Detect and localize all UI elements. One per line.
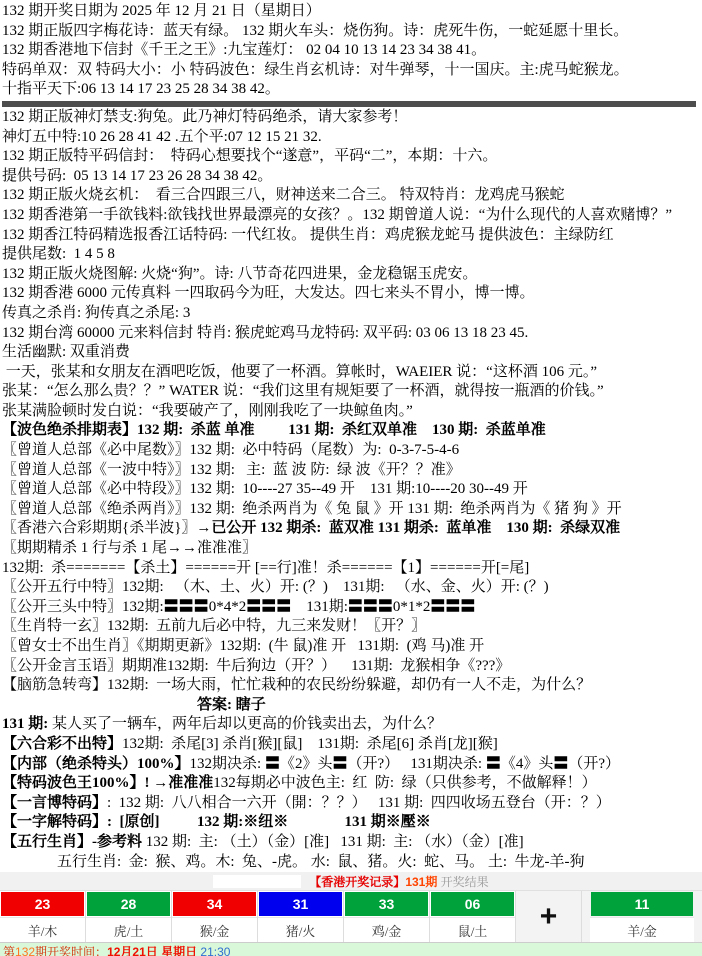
text-line: 生活幽默: 双重消费: [2, 343, 702, 363]
text-line: 〖公开三头中特〗132期:〓〓〓0*4*2〓〓〓 131期:〓〓〓0*1*2〓〓…: [2, 598, 702, 618]
divider-bar: [2, 101, 696, 107]
text-segment: 《4》头: [501, 756, 554, 772]
text-segment: 十指平天下:06 13 14 17 23 25 28 34 38 42。: [2, 81, 280, 97]
text-segment: 〓: [265, 756, 280, 772]
text-segment: 131 期:: [2, 716, 52, 732]
text-line: 〖曾道人总部《必中特段》〗132 期: 10----27 35--49 开 13…: [2, 480, 702, 500]
text-segment: 132 期台湾 60000 元来料信封 特肖: 猴虎蛇鸡马龙特码: 双平码: 0…: [2, 325, 528, 341]
text-line: 〖曾道人总部《一波中特》〗132 期: 主: 蓝 波 防: 绿 波《开？？准》: [2, 461, 702, 481]
text-segment: 132期决杀:: [190, 756, 265, 772]
results-header-segment: 开奖结果: [437, 875, 488, 889]
text-segment: 0*1*2: [393, 599, 431, 615]
result-number: 34: [173, 892, 256, 916]
results-header-text: 【香港开奖记录】131期 开奖结果: [309, 873, 488, 890]
text-line: 〖期期精杀 1 行与杀 1 尾→→准准准〗: [2, 539, 702, 559]
result-number: 28: [87, 892, 170, 916]
result-number: 06: [431, 892, 514, 916]
result-zodiac-element: 虎/土: [86, 917, 171, 942]
text-segment: 132期: 杀=======【杀土】======开 [==行]准！杀======…: [2, 560, 529, 576]
result-zodiac-element: 猪/火: [258, 917, 343, 942]
text-segment: 132 期正版四字梅花诗：蓝天有绿。 132 期火车头：烧伤狗。诗：虎死牛伤，一…: [2, 23, 628, 39]
text-segment: 132期: 杀尾[3] 杀肖[猴][鼠] 131期: 杀尾[6] 杀肖[龙][猴…: [122, 736, 498, 752]
text-segment: 《2》头: [280, 756, 333, 772]
results-header: 【香港开奖记录】131期 开奖结果: [0, 872, 702, 890]
text-segment: 【五行生肖】-参考料: [2, 834, 146, 850]
result-zodiac-element: 羊/金: [590, 917, 694, 942]
result-zodiac-element: 猴/金: [172, 917, 257, 942]
text-segment: 〓: [553, 756, 568, 772]
text-line: 〖曾女士不出生肖〗《期期更新》132期: (牛 鼠)准 开 131期: (鸡 马…: [2, 637, 702, 657]
text-segment: 132 期香港地下信封《千王之王》:九宝莲灯： 02 04 10 13 14 2…: [2, 42, 486, 58]
result-number: 33: [345, 892, 428, 916]
text-segment: 特码单双：双 特码大小：小 特码波色：绿生肖玄机诗：对牛弹琴，十一国庆。主:虎马…: [2, 62, 629, 78]
text-segment: 132 期正版火烧玄机： 看三合四跟三八，财神送来二合三。 特双特肖：龙鸡虎马猴…: [2, 187, 565, 203]
lottery-results-panel: 【香港开奖记录】131期 开奖结果 23羊/木28虎/土34猴/金31猪/火33…: [0, 872, 702, 956]
text-line: 【内部（绝杀特头）100%】132期决杀: 〓《2》头〓（开?） 131期决杀:…: [2, 755, 702, 775]
text-segment: 传真之杀肖: 狗传真之杀尾: 3: [2, 305, 190, 321]
text-segment: 答案: 瞎子: [197, 697, 266, 713]
results-header-segment: 【香港开奖记录】: [309, 875, 405, 889]
text-line: 特码单双：双 特码大小：小 特码波色：绿生肖玄机诗：对牛弹琴，十一国庆。主:虎马…: [2, 61, 702, 81]
text-segment: 张某满脸顿时发白说：“我要破产了，刚刚我吃了一块鲸鱼肉。”: [2, 403, 413, 419]
text-line: 提供尾数: 1 4 5 8: [2, 245, 702, 265]
text-line: 132 期正版特平码信封： 特码心想要找个“遂意”，平码“二”，本期：十六。: [2, 147, 702, 167]
text-line: 132 期香港 6000 元传真料 一四取码今为旺，大发达。四七来头不胃小，博一…: [2, 284, 702, 304]
text-segment: 0*4*2: [209, 599, 247, 615]
plus-sign: +: [516, 891, 582, 942]
text-segment: 〓: [332, 756, 347, 772]
next-draw-segment: 21:30: [197, 945, 230, 956]
text-segment: 〓〓〓: [164, 599, 209, 615]
text-segment: 已公开 132 期杀: 蓝双准 131 期杀: 蓝单准 130 期: 杀绿双准: [211, 520, 620, 536]
lottery-tip-sheet: 132 期开奖日期为 2025 年 12 月 21 日（星期日）132 期正版四…: [0, 0, 702, 956]
result-number: 23: [1, 892, 84, 916]
text-line: 〖香港六合彩期期{杀半波}〗→已公开 132 期杀: 蓝双准 131 期杀: 蓝…: [2, 519, 702, 539]
text-segment: 132 期香港第一手欲钱料:欲钱找世界最漂亮的女孩？。132 期曾道人说：“为什…: [2, 207, 672, 223]
text-line: 〖公开五行中特〗132期: （木、土、火）开: (？) 131期: （水、金、火…: [2, 578, 702, 598]
next-draw-info: 第132期开奖时间：12月21日 星期日 21:30: [0, 943, 702, 956]
text-line: 张某满脸顿时发白说：“我要破产了，刚刚我吃了一块鲸鱼肉。”: [2, 402, 702, 422]
text-segment: （开?）: [568, 756, 620, 772]
text-segment: 〖公开五行中特〗132期: （木、土、火）开: (？) 131期: （水、金、火…: [2, 579, 549, 595]
text-segment: 〖曾道人总部《绝杀两肖》〗132 期: 绝杀两肖为《 兔 鼠 》开 131 期:…: [2, 501, 622, 517]
text-segment: 【一字解特码】: [原创] 132 期:※纽※ 131 期※壓※: [2, 814, 431, 830]
text-segment: 提供尾数: 1 4 5 8: [2, 246, 115, 262]
text-segment: 132 期香港 6000 元传真料 一四取码今为旺，大发达。四七来头不胃小，博一…: [2, 285, 535, 301]
text-segment: 〖曾女士不出生肖〗《期期更新》132期: (牛 鼠)准 开 131期: (鸡 马…: [2, 638, 484, 654]
text-line: 五行生肖: 金: 猴、鸡。木: 兔、-虎。 水: 鼠、猪。火: 蛇、马。 土: …: [2, 853, 702, 873]
text-line: 132 期香港第一手欲钱料:欲钱找世界最漂亮的女孩？。132 期曾道人说：“为什…: [2, 206, 702, 226]
text-line: 〖生肖特一玄〗132期: 五前九后必中特，九三来发财！〖开？〗: [2, 617, 702, 637]
text-segment: 〓〓〓: [246, 599, 291, 615]
result-zodiac-element: 鸡/金: [344, 917, 429, 942]
text-segment: 【波色绝杀排期表】132 期: 杀蓝 单准 131 期: 杀红双单准 130 期…: [2, 422, 546, 438]
next-draw-segment: 132: [15, 945, 35, 956]
text-line: 【一言博特码】: 132 期: 八八相合一六开（開：？？） 131 期: 四四收…: [2, 794, 702, 814]
text-line: 132 期正版四字梅花诗：蓝天有绿。 132 期火车头：烧伤狗。诗：虎死牛伤，一…: [2, 22, 702, 42]
text-line: 神灯五中特:10 26 28 41 42 .五个平:07 12 15 21 32…: [2, 128, 702, 148]
text-segment: : 132 期: 八八相合一六开（開：？？） 131 期: 四四收场五登台（开：…: [107, 795, 611, 811]
text-segment: 132 期正版特平码信封： 特码心想要找个“遂意”，平码“二”，本期：十六。: [2, 148, 497, 164]
text-segment: 某人买了一辆车，两年后却以更高的价钱卖出去，为什么？: [52, 716, 442, 732]
text-segment: 提供号码: 05 13 14 17 23 26 28 34 38 42。: [2, 168, 272, 184]
text-segment: 132 期: 主: （土）（金）[准] 131 期: 主: （水）（金）[准]: [146, 834, 524, 850]
text-segment: 〓〓〓: [430, 599, 475, 615]
text-segment: 〖公开三头中特〗132期:: [2, 599, 164, 615]
text-line: 【波色绝杀排期表】132 期: 杀蓝 单准 131 期: 杀红双单准 130 期…: [2, 421, 702, 441]
result-zodiac-element: 鼠/土: [430, 917, 515, 942]
text-line: 【特码波色王100%】! →准准准132每期必中波色主: 红 防: 绿（只供参考…: [2, 774, 702, 794]
result-zodiac-element: 羊/木: [0, 917, 85, 942]
text-segment: 〖曾道人总部《一波中特》〗132 期: 主: 蓝 波 防: 绿 波《开？？准》: [2, 462, 461, 478]
text-segment: 神灯五中特:10 26 28 41 42 .五个平:07 12 15 21 32…: [2, 129, 322, 145]
text-segment: 132 期正版神灯禁支:狗兔。此乃神灯特码绝杀，请大家参考！: [2, 109, 407, 125]
text-line: 132期: 杀=======【杀土】======开 [==行]准！杀======…: [2, 559, 702, 579]
text-segment: 张某：“怎么那么贵？？” WATER 说：“我们这里有规矩要了一杯酒，就得按一瓶…: [2, 383, 604, 399]
results-table: 23羊/木28虎/土34猴/金31猪/火33鸡/金06鼠/土+11羊/金: [0, 890, 702, 943]
text-segment: 一天，张某和女朋友在酒吧吃饭，他要了一杯酒。算帐时，WAEIER 说：“这杯酒 …: [2, 364, 597, 380]
text-segment: 【内部（绝杀特头）100%】: [2, 756, 190, 772]
results-header-segment: 131期: [405, 875, 437, 889]
result-cell: 28虎/土: [86, 891, 172, 942]
text-segment: 132 期开奖日期为 2025 年 12 月 21 日（星期日）: [2, 3, 321, 19]
text-segment: 〖公开金言玉语〗期期准132期: 牛后狗边（开？） 131期: 龙猴相争《???…: [2, 658, 510, 674]
text-line: 提供号码: 05 13 14 17 23 26 28 34 38 42。: [2, 167, 702, 187]
text-lines: 132 期开奖日期为 2025 年 12 月 21 日（星期日）132 期正版四…: [0, 0, 702, 872]
result-cell: 34猴/金: [172, 891, 258, 942]
result-number: 31: [259, 892, 342, 916]
result-cell: 11羊/金: [582, 891, 702, 942]
text-line: 132 期正版火烧玄机： 看三合四跟三八，财神送来二合三。 特双特肖：龙鸡虎马猴…: [2, 186, 702, 206]
result-number: 11: [591, 892, 693, 916]
text-line: 132 期开奖日期为 2025 年 12 月 21 日（星期日）: [2, 2, 702, 22]
next-draw-segment: 第: [3, 943, 15, 956]
text-line: 132 期台湾 60000 元来料信封 特肖: 猴虎蛇鸡马龙特码: 双平码: 0…: [2, 324, 702, 344]
text-line: 132 期正版火烧图解: 火烧“狗”。诗: 八节奇花四进果，金龙稳锯玉虎安。: [2, 265, 702, 285]
text-line: 张某：“怎么那么贵？？” WATER 说：“我们这里有规矩要了一杯酒，就得按一瓶…: [2, 382, 702, 402]
text-line: 132 期正版神灯禁支:狗兔。此乃神灯特码绝杀，请大家参考！: [2, 108, 702, 128]
header-placeholder-box: [213, 875, 301, 888]
text-segment: 〖期期精杀 1 行与杀 1 尾→→准准准〗: [2, 540, 257, 556]
result-cell: 23羊/木: [0, 891, 86, 942]
text-line: 一天，张某和女朋友在酒吧吃饭，他要了一杯酒。算帐时，WAEIER 说：“这杯酒 …: [2, 363, 702, 383]
text-line: 〖公开金言玉语〗期期准132期: 牛后狗边（开？） 131期: 龙猴相争《???…: [2, 657, 702, 677]
text-line: 【六合彩不出特】132期: 杀尾[3] 杀肖[猴][鼠] 131期: 杀尾[6]…: [2, 735, 702, 755]
text-segment: 〖生肖特一玄〗132期: 五前九后必中特，九三来发财！〖开？〗: [2, 618, 426, 634]
text-line: 132 期香江特码精选报香江话特码: 一代红妆。 提供生肖：鸡虎猴龙蛇马 提供波…: [2, 226, 702, 246]
text-segment: 131期:: [291, 599, 348, 615]
result-cell: 33鸡/金: [344, 891, 430, 942]
text-segment: 【脑筋急转弯】132期: 一场大雨，忙忙栽种的农民纷纷躲避，却仍有一人不走，为什…: [2, 677, 591, 693]
text-segment: 五行生肖: 金: 猴、鸡。木: 兔、-虎。 水: 鼠、猪。火: 蛇、马。 土: …: [57, 854, 585, 870]
result-cell: 31猪/火: [258, 891, 344, 942]
text-line: 132 期香港地下信封《千王之王》:九宝莲灯： 02 04 10 13 14 2…: [2, 41, 702, 61]
text-segment: 【六合彩不出特】: [2, 736, 122, 752]
text-line: 【脑筋急转弯】132期: 一场大雨，忙忙栽种的农民纷纷躲避，却仍有一人不走，为什…: [2, 676, 702, 696]
text-segment: 132 期香江特码精选报香江话特码: 一代红妆。 提供生肖：鸡虎猴龙蛇马 提供波…: [2, 227, 614, 243]
next-draw-segment: 期开奖时间：: [35, 943, 107, 956]
text-line: 【一字解特码】: [原创] 132 期:※纽※ 131 期※壓※: [2, 813, 702, 833]
text-segment: 〖香港六合彩期期{杀半波}〗→: [2, 520, 211, 536]
text-line: 【五行生肖】-参考料 132 期: 主: （土）（金）[准] 131 期: 主:…: [2, 833, 702, 853]
text-segment: 〓〓〓: [348, 599, 393, 615]
text-line: 传真之杀肖: 狗传真之杀尾: 3: [2, 304, 702, 324]
next-draw-segment: 12月21日 星期日: [107, 943, 197, 956]
text-segment: 【一言博特码】: [2, 795, 107, 811]
text-segment: 【特码波色王100%】! →准准准: [2, 775, 213, 791]
text-segment: 〖曾道人总部《必中尾数》〗132 期: 必中特码（尾数）为: 0-3-7-5-4…: [2, 442, 459, 458]
text-segment: （开?） 131期决杀:: [347, 756, 485, 772]
text-line: 〖曾道人总部《必中尾数》〗132 期: 必中特码（尾数）为: 0-3-7-5-4…: [2, 441, 702, 461]
text-segment: 生活幽默: 双重消费: [2, 344, 130, 360]
text-segment: 132 期正版火烧图解: 火烧“狗”。诗: 八节奇花四进果，金龙稳锯玉虎安。: [2, 266, 477, 282]
text-line: 答案: 瞎子: [2, 696, 702, 716]
text-segment: 〓: [486, 756, 501, 772]
text-segment: 〖曾道人总部《必中特段》〗132 期: 10----27 35--49 开 13…: [2, 481, 528, 497]
text-line: 131 期: 某人买了一辆车，两年后却以更高的价钱卖出去，为什么？: [2, 715, 702, 735]
text-line: 十指平天下:06 13 14 17 23 25 28 34 38 42。: [2, 80, 702, 100]
text-line: 〖曾道人总部《绝杀两肖》〗132 期: 绝杀两肖为《 兔 鼠 》开 131 期:…: [2, 500, 702, 520]
result-cell: 06鼠/土: [430, 891, 516, 942]
text-segment: 132每期必中波色主: 红 防: 绿（只供参考，不做解释！）: [213, 775, 596, 791]
